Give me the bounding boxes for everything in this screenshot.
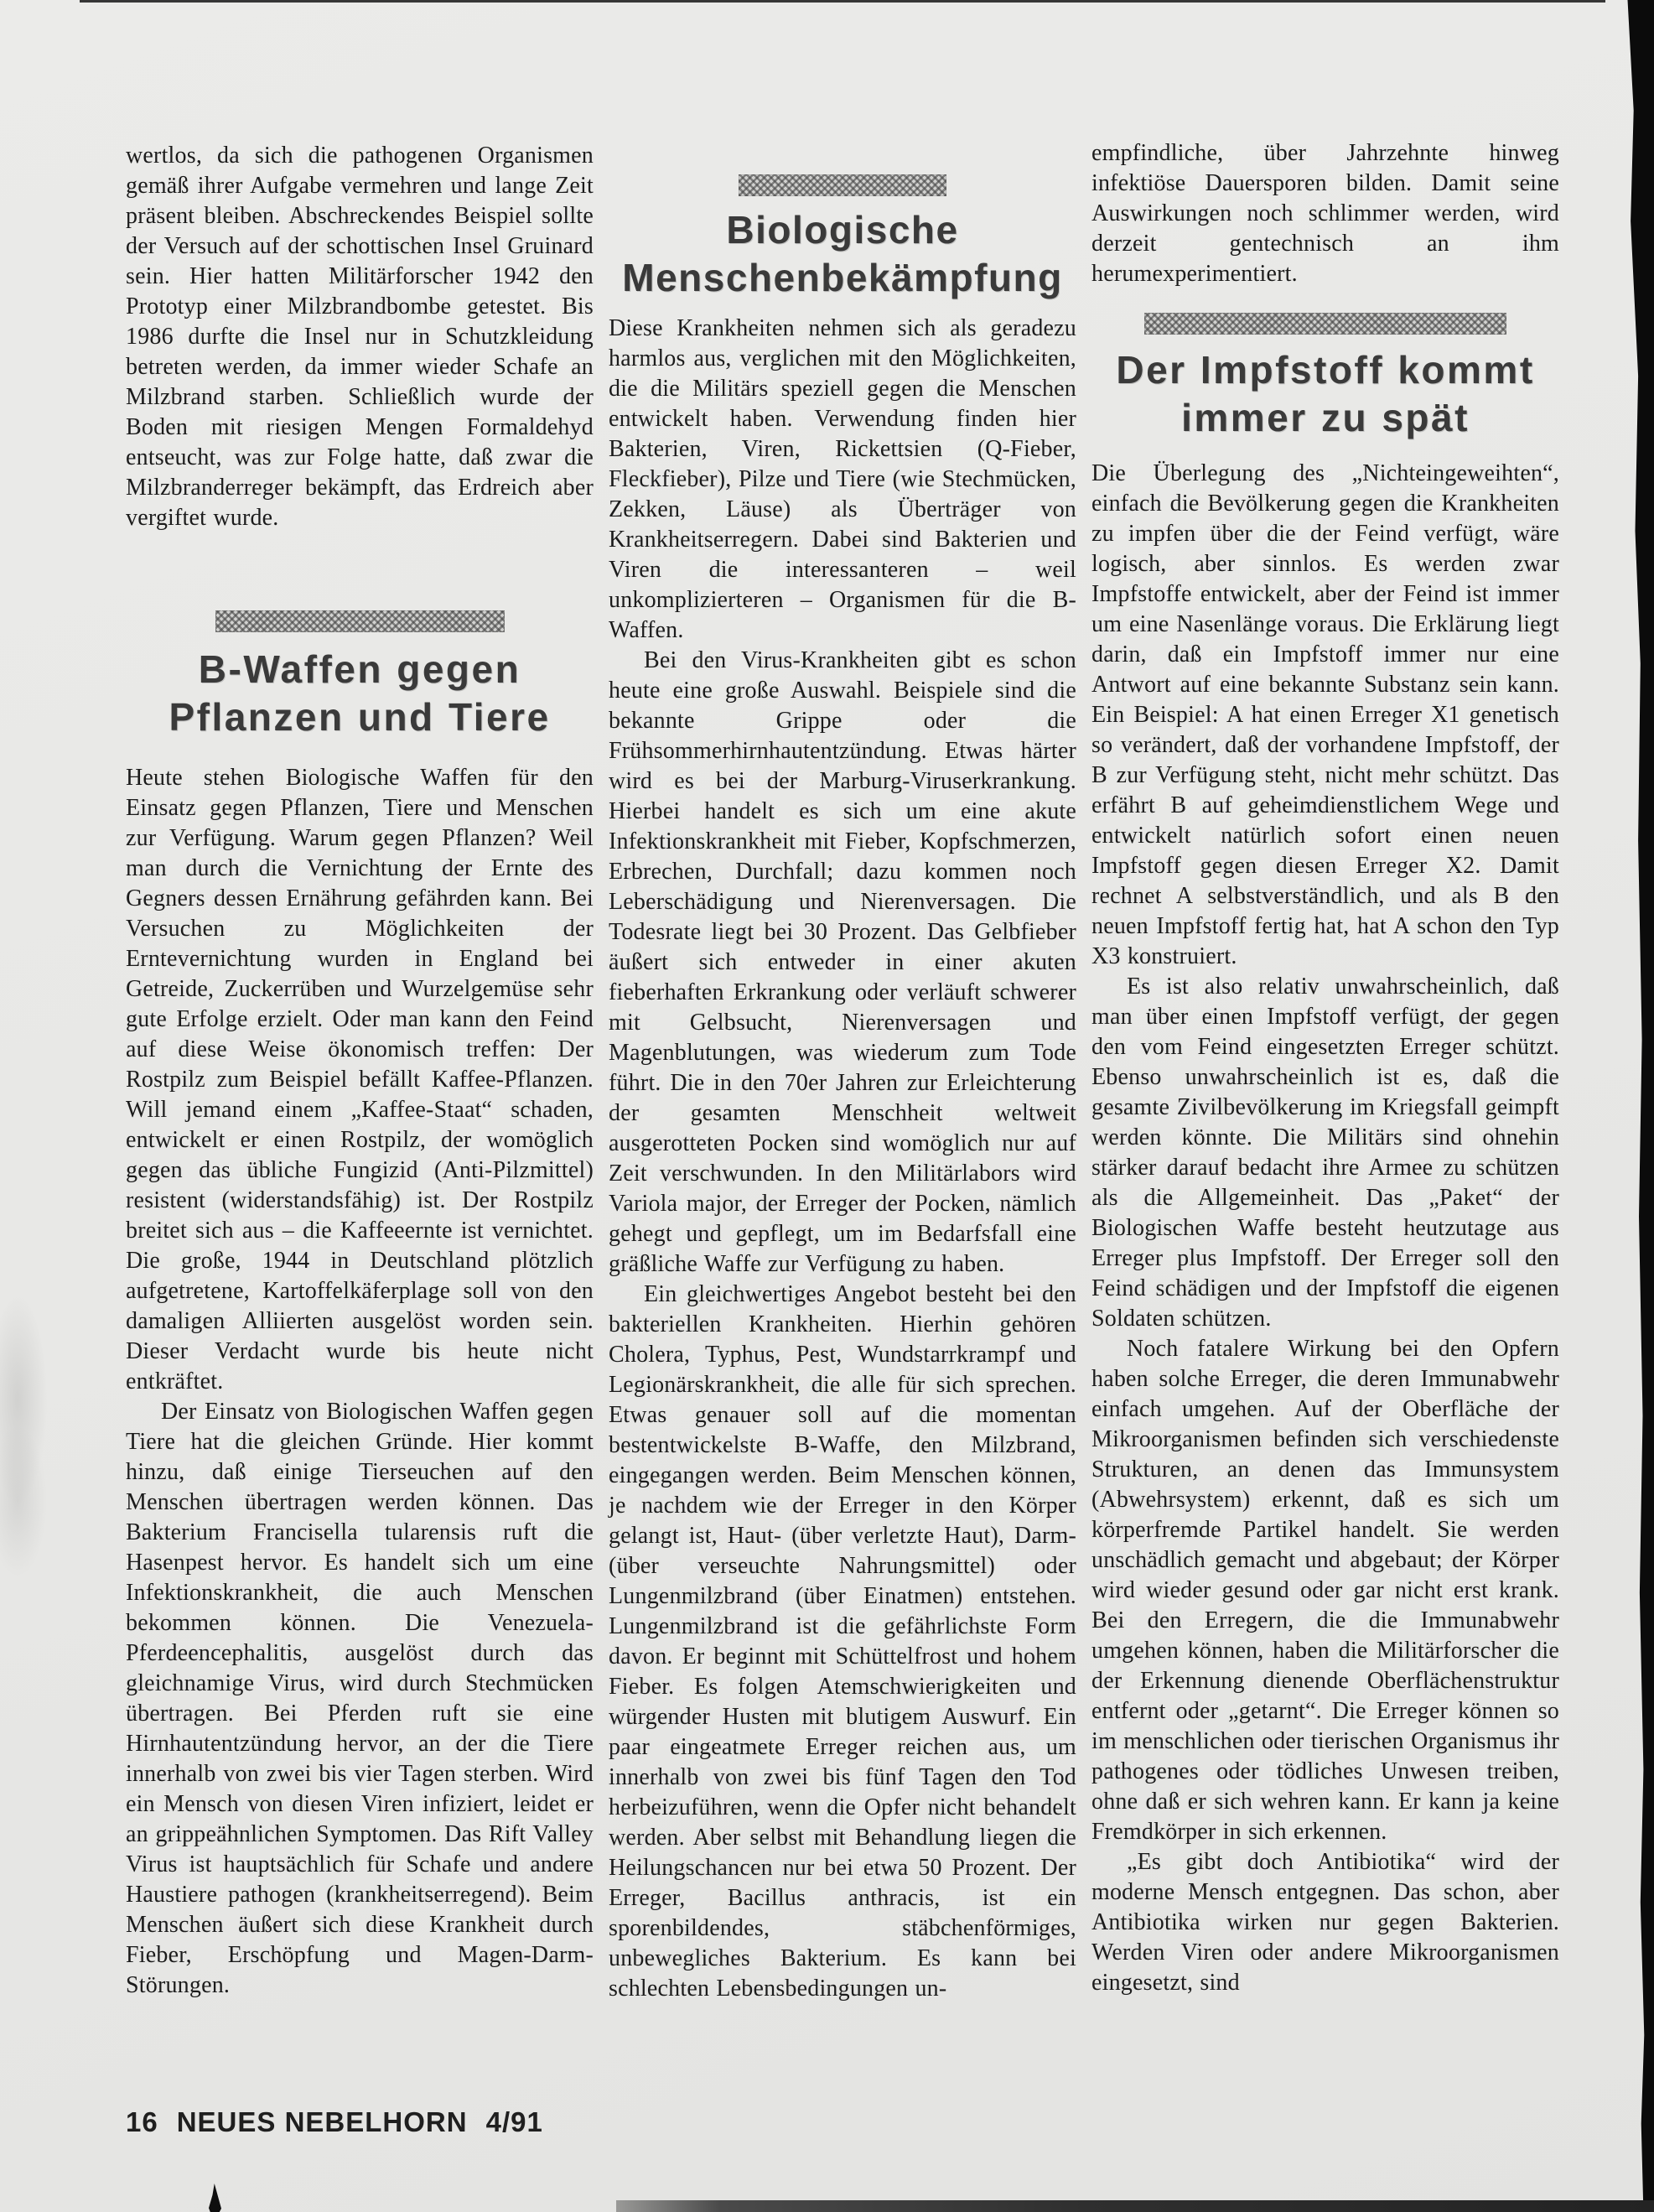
magazine-page: wertlos, da sich die pathogenen Organism…: [0, 0, 1654, 2212]
body-paragraph: Die Überlegung des „Nichteingeweihten“, …: [1091, 459, 1559, 972]
margin-smudge: [0, 1425, 47, 1576]
section-divider-bar: [1144, 313, 1506, 335]
right-edge-scan-bar: [1616, 0, 1654, 2212]
body-paragraph: empfindliche, über Jahrzehnte hinweg inf…: [1091, 138, 1559, 289]
column-2: Biologische Menschenbekämpfung Diese Kra…: [609, 174, 1076, 2004]
body-paragraph: wertlos, da sich die pathogenen Organism…: [126, 141, 594, 533]
section-divider-bar: [739, 174, 946, 196]
footer-issue: 4/91: [486, 2106, 543, 2138]
body-paragraph: Diese Krankheiten nehmen sich als gerade…: [609, 314, 1076, 646]
footer-magazine-title: NEUES NEBELHORN: [177, 2106, 468, 2138]
bottom-edge-scan-bar: [616, 2200, 1654, 2212]
body-paragraph: Noch fatalere Wirkung bei den Opfern hab…: [1091, 1334, 1559, 1847]
body-paragraph: Ein gleichwertiges Angebot besteht bei d…: [609, 1280, 1076, 2004]
body-paragraph: Bei den Virus-Krankheiten gibt es schon …: [609, 646, 1076, 1280]
heading-line: Pflanzen und Tiere: [126, 693, 594, 741]
heading-line: B-Waffen gegen: [126, 646, 594, 693]
body-paragraph: Heute stehen Biologische Waffen für den …: [126, 763, 594, 1397]
column-1: wertlos, da sich die pathogenen Organism…: [126, 141, 594, 2001]
page-footer: 16 NEUES NEBELHORN 4/91: [126, 2106, 543, 2138]
body-paragraph: Der Einsatz von Biologischen Waffen gege…: [126, 1397, 594, 2001]
body-paragraph: Es ist also relativ unwahrscheinlich, da…: [1091, 972, 1559, 1334]
ink-mark: [209, 2183, 221, 2212]
heading-line: immer zu spät: [1091, 394, 1559, 442]
column-3: empfindliche, über Jahrzehnte hinweg inf…: [1091, 138, 1559, 1998]
section-divider-bar: [215, 610, 505, 632]
section-heading-b-waffen: B-Waffen gegen Pflanzen und Tiere: [126, 646, 594, 741]
heading-line: Der Impfstoff kommt: [1091, 346, 1559, 394]
body-paragraph: „Es gibt doch Antibiotika“ wird der mode…: [1091, 1847, 1559, 1998]
top-edge-scan-line: [80, 0, 1605, 3]
section-heading-impfstoff: Der Impfstoff kommt immer zu spät: [1091, 346, 1559, 442]
heading-line: Biologische: [609, 206, 1076, 254]
heading-line: Menschenbekämpfung: [609, 254, 1076, 302]
footer-page-number: 16: [126, 2106, 158, 2138]
section-heading-menschenbekaempfung: Biologische Menschenbekämpfung: [609, 206, 1076, 302]
